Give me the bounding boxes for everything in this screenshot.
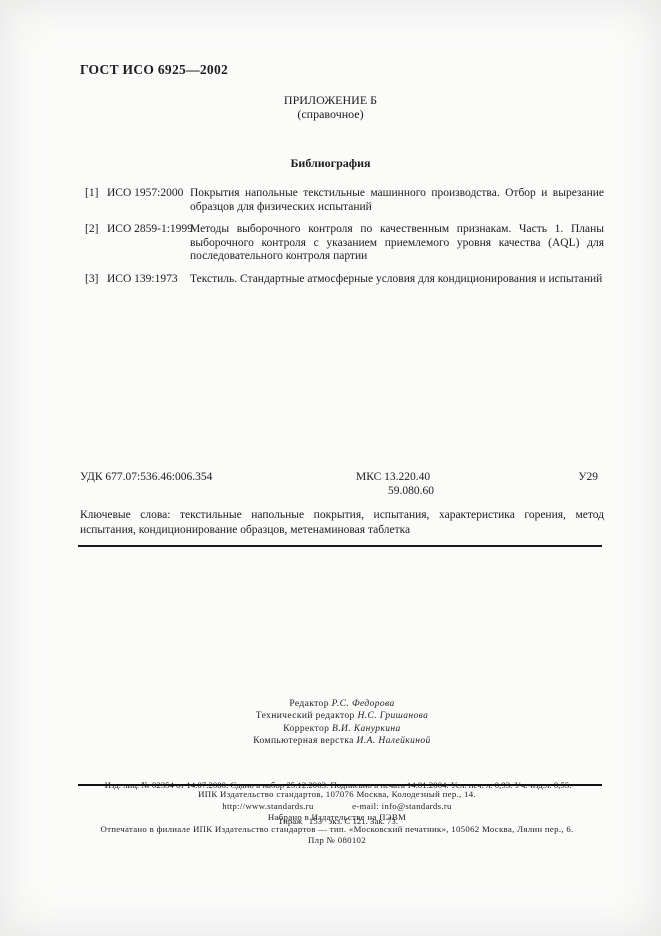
bibliography-item: [2] ИСО 2859-1:1999 Методы выборочного к… — [80, 223, 604, 264]
publisher-typeset: Набрано в Издательстве на ПЭВМ — [50, 812, 624, 824]
publisher-printed: Отпечатано в филиале ИПК Издательство ст… — [50, 824, 624, 836]
mks-line1: МКС 13.220.40 — [356, 471, 430, 483]
publisher-website: http://www.standards.ru — [222, 801, 313, 811]
okc-right-code: У29 — [578, 470, 598, 484]
bibliography-item: [3] ИСО 139:1973 Текстиль. Стандартные а… — [80, 273, 604, 287]
doc-number: ГОСТ ИСО 6925—2002 — [80, 62, 228, 78]
credit-name: Р.С. Федорова — [332, 699, 395, 709]
credits-block: Редактор Р.С. Федорова Технический редак… — [80, 698, 604, 747]
bibliography-text: Покрытия напольные текстильные машинного… — [190, 187, 604, 214]
credit-line: Технический редактор Н.С. Гришанова — [80, 710, 604, 722]
credit-name: Н.С. Гришанова — [357, 711, 428, 721]
publisher-contacts: http://www.standards.ru e-mail: info@sta… — [50, 801, 624, 813]
credit-name: В.И. Кануркина — [332, 724, 401, 734]
bibliography-ref: [1] — [80, 187, 102, 214]
credit-line: Редактор Р.С. Федорова — [80, 698, 604, 710]
bibliography-item: [1] ИСО 1957:2000 Покрытия напольные тек… — [80, 187, 604, 214]
credit-role: Корректор — [283, 724, 329, 734]
bibliography-code: ИСО 2859-1:1999 — [102, 223, 190, 264]
credit-line: Компьютерная верстка И.А. Налейкиной — [80, 735, 604, 747]
appendix-subtitle: (справочное) — [0, 107, 661, 121]
bibliography-ref: [3] — [80, 273, 102, 287]
appendix-title: ПРИЛОЖЕНИЕ Б — [0, 93, 661, 107]
bibliography-code: ИСО 139:1973 — [102, 273, 190, 287]
credit-line: Корректор В.И. Кануркина — [80, 723, 604, 735]
document-page: ГОСТ ИСО 6925—2002 ПРИЛОЖЕНИЕ Б (справоч… — [0, 0, 661, 936]
mks-codes: МКС 13.220.40 59.080.60 — [356, 470, 434, 498]
credit-role: Компьютерная верстка — [253, 736, 353, 746]
bibliography-ref: [2] — [80, 223, 102, 264]
bibliography-text: Методы выборочного контроля по качествен… — [190, 223, 604, 264]
publisher-address: ИПК Издательство стандартов, 107076 Моск… — [50, 789, 624, 801]
publisher-email: e-mail: info@standards.ru — [352, 801, 452, 811]
appendix-heading: ПРИЛОЖЕНИЕ Б (справочное) — [0, 93, 661, 121]
credit-role: Технический редактор — [256, 711, 355, 721]
udk-code: УДК 677.07:536.46:006.354 — [80, 470, 212, 484]
divider-thick — [78, 784, 602, 786]
publisher-plr: Плр № 080102 — [50, 835, 624, 847]
divider-thin — [78, 545, 602, 547]
bibliography-heading: Библиография — [0, 156, 661, 171]
bibliography-text: Текстиль. Стандартные атмосферные услови… — [190, 273, 604, 287]
keywords-paragraph: Ключевые слова: текстильные напольные по… — [80, 508, 604, 537]
bibliography-list: [1] ИСО 1957:2000 Покрытия напольные тек… — [80, 187, 604, 296]
publisher-block: ИПК Издательство стандартов, 107076 Моск… — [50, 789, 624, 847]
bibliography-code: ИСО 1957:2000 — [102, 187, 190, 214]
credit-name: И.А. Налейкиной — [357, 736, 431, 746]
mks-line2: 59.080.60 — [388, 485, 434, 497]
credit-role: Редактор — [289, 699, 329, 709]
